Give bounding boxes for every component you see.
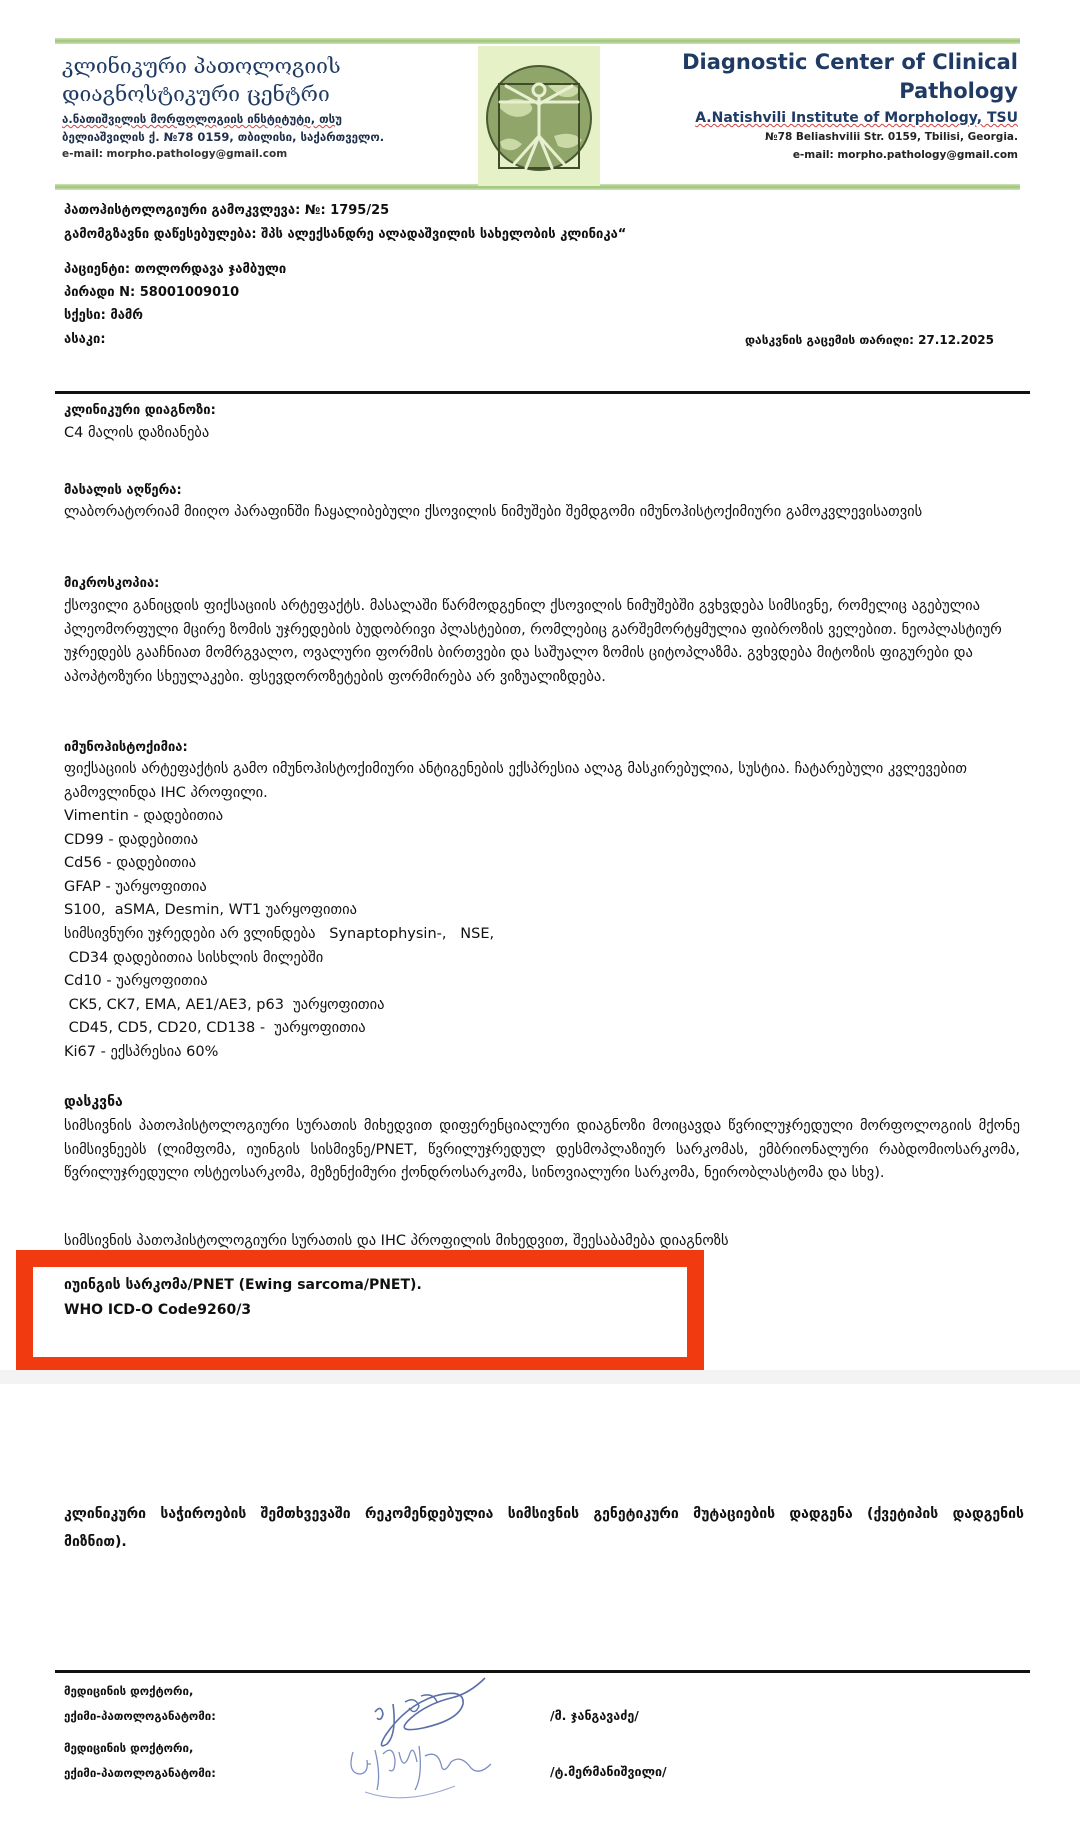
en-email: e-mail: morpho.pathology@gmail.com xyxy=(618,146,1018,164)
en-address: №78 Beliashvilii Str. 0159, Tbilisi, Geo… xyxy=(618,128,1018,146)
en-institute-text: A.Natishvili Institute of Morphology, TS… xyxy=(695,110,1018,126)
conclusion-heading: დასკვნა xyxy=(64,1094,123,1110)
ihc-marker-list: Vimentin - დადებითიაCD99 - დადებითიაCd56… xyxy=(64,805,1004,1065)
signature-1-title: მედიცინის დოქტორი, ექიმი-პათოლოგანატომი: xyxy=(64,1679,216,1729)
signature-1-degree: მედიცინის დოქტორი, xyxy=(64,1679,216,1704)
en-institute: A.Natishvili Institute of Morphology, TS… xyxy=(618,108,1018,128)
en-title-line1: Diagnostic Center of Clinical xyxy=(618,48,1018,77)
signature-2-icon xyxy=(345,1730,495,1810)
clinical-diagnosis-heading: კლინიკური დიაგნოზი: xyxy=(64,403,216,418)
patient-sex: სქესი: მამრ xyxy=(64,306,143,326)
signature-2-title: მედიცინის დოქტორი, ექიმი-პათოლოგანატომი: xyxy=(64,1736,216,1786)
material-text: ლაბორატორიამ მიიღო პარაფინში ჩაყალიბებულ… xyxy=(64,501,984,525)
ihc-marker-item: Cd56 - დადებითია xyxy=(64,852,1004,876)
ihc-marker-item: S100, aSMA, Desmin, WT1 უარყოფითია xyxy=(64,899,1004,923)
final-diagnosis: იუინგის სარკომა/PNET (Ewing sarcoma/PNET… xyxy=(64,1273,422,1297)
referring-institution: გამომგზავნი დაწესებულება: შპს ალექსანდრე… xyxy=(64,225,626,245)
study-number: პათოჰისტოლოგიური გამოკვლევა: №: 1795/25 xyxy=(64,201,389,221)
vitruvian-man-logo-icon xyxy=(478,46,600,186)
section-divider xyxy=(55,391,1030,394)
ihc-marker-item: GFAP - უარყოფითია xyxy=(64,876,1004,900)
ka-title-line2: დიაგნოსტიკური ცენტრი xyxy=(62,80,482,108)
letterhead-top-line xyxy=(55,38,1020,44)
letterhead-english: Diagnostic Center of Clinical Pathology … xyxy=(618,48,1018,164)
patient-age: ასაკი: xyxy=(64,330,106,350)
signature-2-degree: მედიცინის დოქტორი, xyxy=(64,1736,216,1761)
ka-email: e-mail: morpho.pathology@gmail.com xyxy=(62,148,287,160)
en-title-line2: Pathology xyxy=(618,77,1018,106)
signature-2-name: /ტ.მერმანიშვილი/ xyxy=(550,1764,667,1779)
ihc-marker-item: CD34 დადებითია სისხლის მილებში xyxy=(64,947,1004,971)
microscopy-heading: მიკროსკოპია: xyxy=(64,576,159,591)
differential-diagnosis-text: სიმსივნის პათოჰისტოლოგიური სურათის მიხედ… xyxy=(64,1115,1020,1186)
ihc-marker-item: CD45, CD5, CD20, CD138 - უარყოფითია xyxy=(64,1017,1004,1041)
ihc-heading: იმუნოჰისტოქიმია: xyxy=(64,740,188,755)
logo-panel xyxy=(478,46,600,186)
microscopy-text: ქსოვილი განიცდის ფიქსაციის არტეფაქტს. მა… xyxy=(64,595,1024,689)
conclusion-date: დასკვნის გაცემის თარიღი: 27.12.2025 xyxy=(745,333,994,347)
letterhead-georgian-address: ა.ნათიშვილის მორფოლოგიის ინსტიტუტი, თსუ … xyxy=(62,110,482,146)
ka-address: ბელიაშვილის ქ. №78 0159, თბილისი, საქართ… xyxy=(62,128,482,146)
clinical-diagnosis-text: C4 მალის დაზიანება xyxy=(64,422,1004,446)
signature-1-name: /მ. ჯანგავაძე/ xyxy=(550,1708,639,1723)
signature-2-role: ექიმი-პათოლოგანატომი: xyxy=(64,1761,216,1786)
signature-1-role: ექიმი-პათოლოგანატომი: xyxy=(64,1704,216,1729)
ihc-marker-item: CK5, CK7, EMA, AE1/AE3, p63 უარყოფითია xyxy=(64,994,1004,1018)
ihc-marker-item: CD99 - დადებითია xyxy=(64,829,1004,853)
letterhead-georgian-title: კლინიკური პათოლოგიის დიაგნოსტიკური ცენტრ… xyxy=(62,52,482,108)
page-break-band xyxy=(0,1370,1080,1384)
material-heading: მასალის აღწერა: xyxy=(64,483,182,498)
ihc-marker-item: Vimentin - დადებითია xyxy=(64,805,1004,829)
ihc-intro: ფიქსაციის არტეფაქტის გამო იმუნოჰისტოქიმი… xyxy=(64,758,994,805)
patient-name: პაციენტი: თოლორდავა ჯამბული xyxy=(64,260,286,280)
ihc-marker-item: Ki67 - ექსპრესია 60% xyxy=(64,1041,1004,1065)
recommendation-text: კლინიკური საჭიროების შემთხვევაში რეკომენ… xyxy=(64,1500,1024,1556)
ihc-marker-item: Cd10 - უარყოფითია xyxy=(64,970,1004,994)
ka-title-line1: კლინიკური პათოლოგიის xyxy=(62,52,482,80)
personal-id: პირადი N: 58001009010 xyxy=(64,283,239,303)
signature-divider xyxy=(55,1670,1030,1673)
icd-o-code: WHO ICD-O Code9260/3 xyxy=(64,1298,251,1322)
ihc-marker-item: სიმსივნური უჯრედები არ ვლინდება Synaptop… xyxy=(64,923,1004,947)
ka-institute: ა.ნათიშვილის მორფოლოგიის ინსტიტუტი, თსუ xyxy=(62,110,482,128)
